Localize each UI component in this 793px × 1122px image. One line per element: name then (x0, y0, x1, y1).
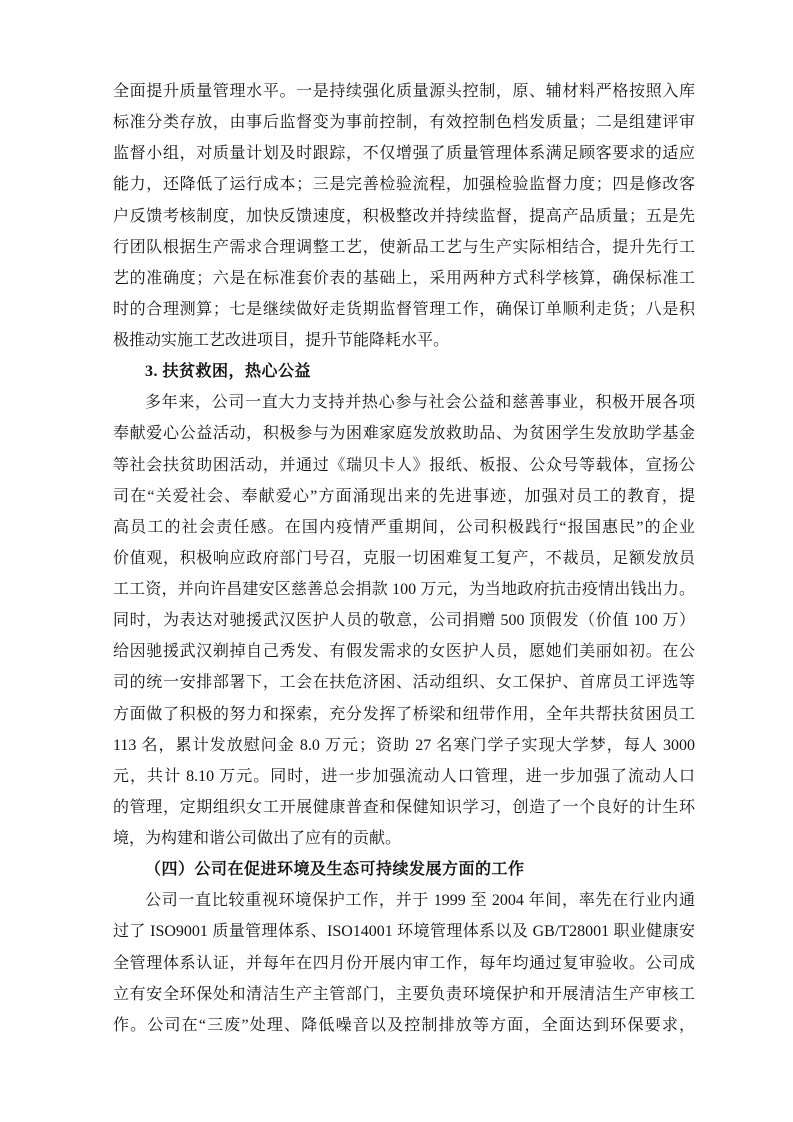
text-line: 的管理，定期组织女工开展健康普查和保健知识学习，创造了一个良好的计生环 (113, 792, 695, 823)
text-line: 时的合理测算；七是继续做好走货期监督管理工作，确保订单顺利走货；八是积 (113, 294, 695, 325)
document-text-column: 全面提升质量管理水平。一是持续强化质量源头控制，原、辅材料严格按照入库标准分类存… (113, 76, 695, 1041)
text-line: 司在“关爱社会、奉献爱心”方面涌现出来的先进事迹，加强对员工的教育，提 (113, 481, 695, 512)
text-line: 价值观，积极响应政府部门号召，克服一切困难复工复产，不裁员，足额发放员 (113, 543, 695, 574)
text-line: 标准分类存放，由事后监督变为事前控制，有效控制色档发质量；二是组建评审 (113, 107, 695, 138)
text-line: 司的统一安排部署下，工会在扶危济困、活动组织、女工保护、首席员工评选等 (113, 667, 695, 698)
text-line: 能力，还降低了运行成本；三是完善检验流程，加强检验监督力度；四是修改客 (113, 169, 695, 200)
paragraph: 全面提升质量管理水平。一是持续强化质量源头控制，原、辅材料严格按照入库标准分类存… (113, 76, 695, 356)
section-heading: （四）公司在促进环境及生态可持续发展方面的工作 (113, 854, 695, 885)
text-line: 立有安全环保处和清洁生产主管部门，主要负责环境保护和开展清洁生产审核工 (113, 979, 695, 1010)
text-line: 公司一直比较重视环境保护工作，并于 1999 至 2004 年间，率先在行业内通 (113, 885, 695, 916)
text-line: 监督小组，对质量计划及时跟踪，不仅增强了质量管理体系满足顾客要求的适应 (113, 138, 695, 169)
text-line: 艺的准确度；六是在标准套价表的基础上，采用两种方式科学核算，确保标准工 (113, 263, 695, 294)
heading-line: （四）公司在促进环境及生态可持续发展方面的工作 (113, 854, 695, 885)
text-line: 给因驰援武汉剃掉自己秀发、有假发需求的女医护人员，愿她们美丽如初。在公 (113, 636, 695, 667)
text-line: 境，为构建和谐公司做出了应有的贡献。 (113, 823, 695, 854)
text-line: 行团队根据生产需求合理调整工艺，使新品工艺与生产实际相结合，提升先行工 (113, 232, 695, 263)
text-line: 户反馈考核制度，加快反馈速度，积极整改并持续监督，提高产品质量；五是先 (113, 201, 695, 232)
text-line: 全面提升质量管理水平。一是持续强化质量源头控制，原、辅材料严格按照入库 (113, 76, 695, 107)
text-line: 同时，为表达对驰援武汉医护人员的敬意，公司捐赠 500 顶假发（价值 100 万… (113, 605, 695, 636)
text-line: 高员工的社会责任感。在国内疫情严重期间，公司积极践行“报国惠民”的企业 (113, 512, 695, 543)
heading-line: 3. 扶贫救困，热心公益 (113, 356, 695, 387)
section-heading: 3. 扶贫救困，热心公益 (113, 356, 695, 387)
text-line: 等社会扶贫助困活动，并通过《瑞贝卡人》报纸、板报、公众号等载体，宣扬公 (113, 450, 695, 481)
text-line: 过了 ISO9001 质量管理体系、ISO14001 环境管理体系以及 GB/T… (113, 916, 695, 947)
paragraph: 公司一直比较重视环境保护工作，并于 1999 至 2004 年间，率先在行业内通… (113, 885, 695, 1041)
text-line: 奉献爱心公益活动，积极参与为困难家庭发放救助品、为贫困学生发放助学基金 (113, 418, 695, 449)
paragraph: 多年来，公司一直大力支持并热心参与社会公益和慈善事业，积极开展各项奉献爱心公益活… (113, 387, 695, 854)
text-line: 113 名，累计发放慰问金 8.0 万元；资助 27 名寒门学子实现大学梦，每人… (113, 730, 695, 761)
document-page-background: { "page": { "background_color": "#ffffff… (0, 0, 793, 1122)
text-line: 元，共计 8.10 万元。同时，进一步加强流动人口管理，进一步加强了流动人口 (113, 761, 695, 792)
text-line: 全管理体系认证，并每年在四月份开展内审工作，每年均通过复审验收。公司成 (113, 948, 695, 979)
text-line: 方面做了积极的努力和探索，充分发挥了桥梁和纽带作用，全年共帮扶贫困员工 (113, 699, 695, 730)
text-line: 作。公司在“三废”处理、降低噪音以及控制排放等方面，全面达到环保要求， (113, 1010, 695, 1041)
text-line: 工工资，并向许昌建安区慈善总会捐款 100 万元，为当地政府抗击疫情出钱出力。 (113, 574, 695, 605)
text-line: 极推动实施工艺改进项目，提升节能降耗水平。 (113, 325, 695, 356)
text-line: 多年来，公司一直大力支持并热心参与社会公益和慈善事业，积极开展各项 (113, 387, 695, 418)
